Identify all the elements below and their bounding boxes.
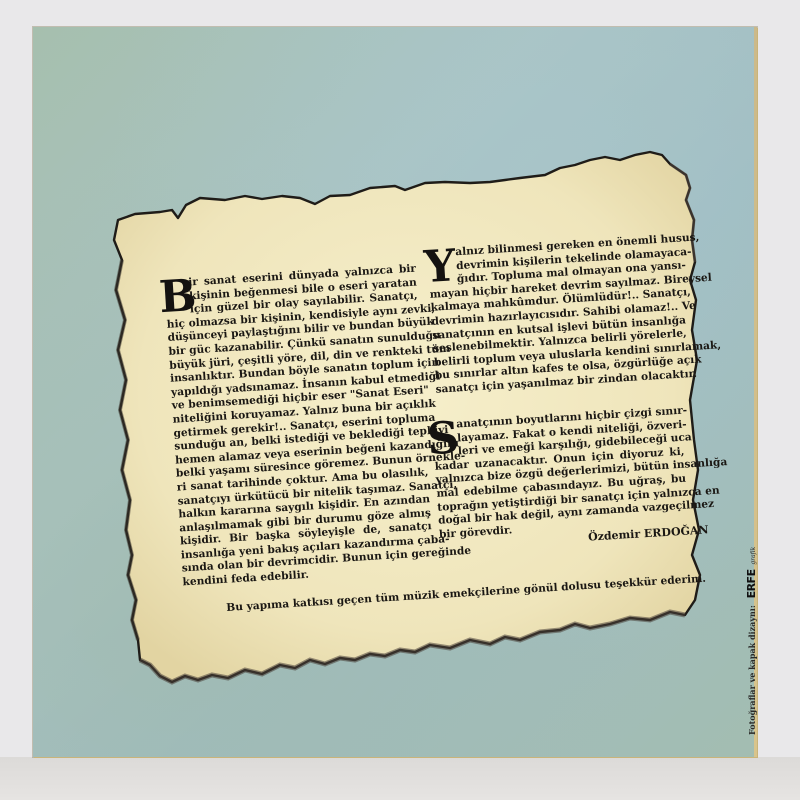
credit-text: Fotoğraflar ve kapak dizaynı: — [747, 605, 757, 735]
erfe-logo: ERFE — [745, 569, 758, 598]
left-text-column: B ir sanat eserini dünyada yalnızca bir … — [164, 263, 435, 590]
right-text-paragraph-1: Y alnız bilinmesi gereken en önemli husu… — [427, 232, 690, 397]
dropcap-s: S — [426, 416, 460, 462]
right-text-paragraph-2: S anatçının boyutlarını hiçbir çizgi sın… — [432, 405, 689, 542]
design-credit: Fotoğraflar ve kapak dizaynı: ERFE grafi… — [745, 547, 758, 735]
dropcap-y: Y — [423, 244, 457, 290]
erfe-logo-subtitle: grafik — [750, 547, 757, 565]
dropcap-b: B — [158, 274, 198, 320]
